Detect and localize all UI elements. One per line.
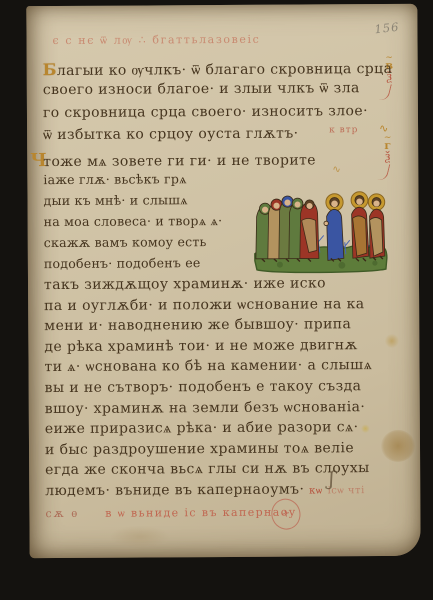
text-line: вы и не сътворъ· подобенъ е такоу създа — [45, 378, 403, 401]
inline-red-note: кѡ — [309, 485, 323, 496]
rubric-header: є с нє ѿ лѹ ∴ бгаттьлазовеіс — [52, 33, 260, 47]
illuminated-initial: Ч — [30, 150, 43, 171]
text-line: егда же сконча вьсѧ глы си нѫ въ слоухы — [45, 460, 403, 483]
crowd-group — [255, 196, 318, 262]
text-line: дыи къ мнѣ· и слышѧ — [43, 192, 225, 214]
miniature-painting — [249, 170, 390, 275]
text-line: и быс раздроушение храмины тоѧ веліе — [45, 440, 403, 463]
stamp-mark: ✛ — [281, 508, 291, 520]
text-line-content: лагыи ко ѹчлкъ· ѿ благаго скровница срца — [57, 61, 393, 79]
text-line: ѿ избытка ко срцоу оуста глѫтъ· — [43, 125, 401, 150]
text-line: на моа словеса· и творѧ ѧ· — [44, 213, 226, 235]
parchment-stain — [109, 525, 169, 547]
text-line-content: людемъ· въниде въ капернаоумъ· — [45, 481, 304, 499]
apostle-figure — [351, 192, 369, 262]
lower-text-block: такъ зиждѫщоу храминѫ· иже иско па и оуг… — [44, 275, 403, 504]
text-line: вшоу· храминѫ на земли безъ ѡснованіа· — [45, 398, 403, 421]
text-line: іаже глѫ· вьсѣкъ грѧ — [43, 171, 225, 193]
apostle-figure — [368, 194, 385, 260]
text-line: подобенъ· подобенъ ее — [44, 255, 226, 277]
text-line-content: тоже мѧ зовете ги ги· и не творите — [43, 152, 316, 170]
text-line: де рѣка храминѣ тои· и не може двигнѫ — [44, 337, 402, 360]
text-line: мени и· наводнению же бывшоу· припа — [44, 316, 402, 339]
text-line: еиже приразисѧ рѣка· и абие разори сѧ· — [45, 419, 403, 442]
text-line: такъ зиждѫщоу храминѫ· иже иско — [44, 275, 402, 298]
footer-rubric-text: в ѡ вьниде іс въ капернаоу — [105, 506, 296, 520]
text-line: людемъ· въниде въ капернаоумъ· кѡ ісѡ чт… — [45, 481, 403, 504]
illuminated-initial: Б — [43, 60, 57, 79]
main-text-block: Благыи ко ѹчлкъ· ѿ благаго скровница срц… — [43, 58, 404, 504]
photograph-background: 156 є с нє ѿ лѹ ∴ бгаттьлазовеіс ∼ в ѯ ∼… — [0, 0, 433, 600]
text-line: скажѫ вамъ комоу есть — [44, 234, 226, 256]
blessing-hand — [324, 221, 328, 225]
text-line: Благыи ко ѹчлкъ· ѿ благаго скровница срц… — [43, 58, 401, 83]
text-line: го скровница срца своего· износитъ злое· — [43, 103, 401, 128]
text-line: па и оуглѫби· и положи ѡснование на ка — [44, 295, 402, 318]
text-line: ти ѧ· ѡснована ко бѣ на камении· а слышѧ — [44, 357, 402, 380]
apostles-group — [351, 192, 385, 262]
text-and-miniature-row: іаже глѫ· вьсѣкъ грѧ дыи къ мнѣ· и слышѧ… — [43, 170, 402, 277]
short-lines-column: іаже глѫ· вьсѣкъ грѧ дыи къ мнѣ· и слышѧ… — [43, 171, 226, 277]
manuscript-page: 156 є с нє ѿ лѹ ∴ бгаттьлазовеіс ∼ в ѯ ∼… — [26, 4, 420, 558]
text-line: своего износи благое· и злыи члкъ ѿ зла — [43, 80, 401, 105]
listener-figure — [300, 200, 319, 259]
text-line: Чтоже мѧ зовете ги ги· и не творите — [43, 147, 401, 172]
folio-number: 156 — [374, 20, 400, 37]
margin-red-note: ісѡ чті — [328, 485, 365, 496]
footer-rubric-row: сѫ ѳ в ѡ вьниде іс въ капернаоу — [45, 505, 405, 520]
liturgical-catchword: сѫ ѳ — [45, 507, 79, 520]
